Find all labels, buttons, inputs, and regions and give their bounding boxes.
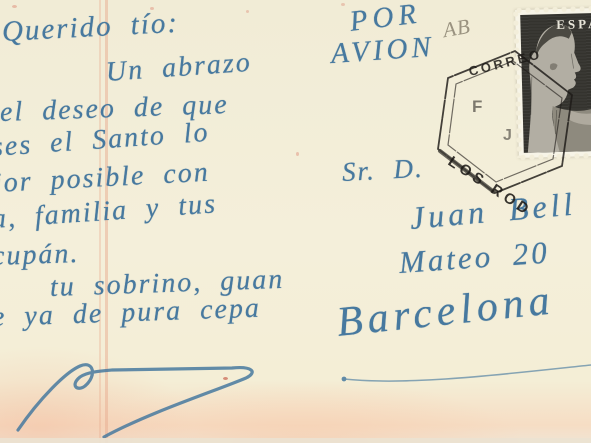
message-salutation: Querido tío: bbox=[1, 7, 180, 49]
city-underline bbox=[344, 365, 591, 381]
message-line: e ya de pura cepa bbox=[0, 293, 261, 334]
address-city: Barcelona bbox=[334, 276, 556, 347]
postmark-date-mark: F bbox=[472, 97, 482, 116]
ink-speck bbox=[223, 377, 228, 380]
address-name: Juan Bell bbox=[408, 186, 577, 237]
address-street: Mateo 20 bbox=[398, 235, 551, 281]
paper-speck bbox=[341, 3, 345, 6]
paper-speck bbox=[296, 152, 299, 156]
scan-edge bbox=[0, 438, 591, 443]
stamp-country-text: ESPA bbox=[556, 16, 591, 33]
por-avion-line2: AVION bbox=[330, 31, 436, 71]
address-honorific: Sr. D. bbox=[341, 153, 424, 188]
postcard-back: Querido tío: Un abrazo el deseo de que s… bbox=[0, 0, 591, 443]
postage-stamp: ESPA bbox=[515, 8, 591, 158]
paper-speck bbox=[12, 5, 17, 8]
franco-portrait bbox=[520, 13, 591, 153]
postmark-date-mark: J bbox=[503, 127, 512, 144]
signature-flourish bbox=[18, 365, 252, 437]
message-line: Un abrazo bbox=[105, 47, 253, 89]
pencil-annotation: AB bbox=[441, 14, 473, 43]
underline-dot bbox=[342, 377, 347, 382]
message-line: cupán. bbox=[0, 238, 80, 273]
stamp-engraving: ESPA bbox=[520, 13, 591, 153]
paper-speck bbox=[246, 10, 249, 13]
